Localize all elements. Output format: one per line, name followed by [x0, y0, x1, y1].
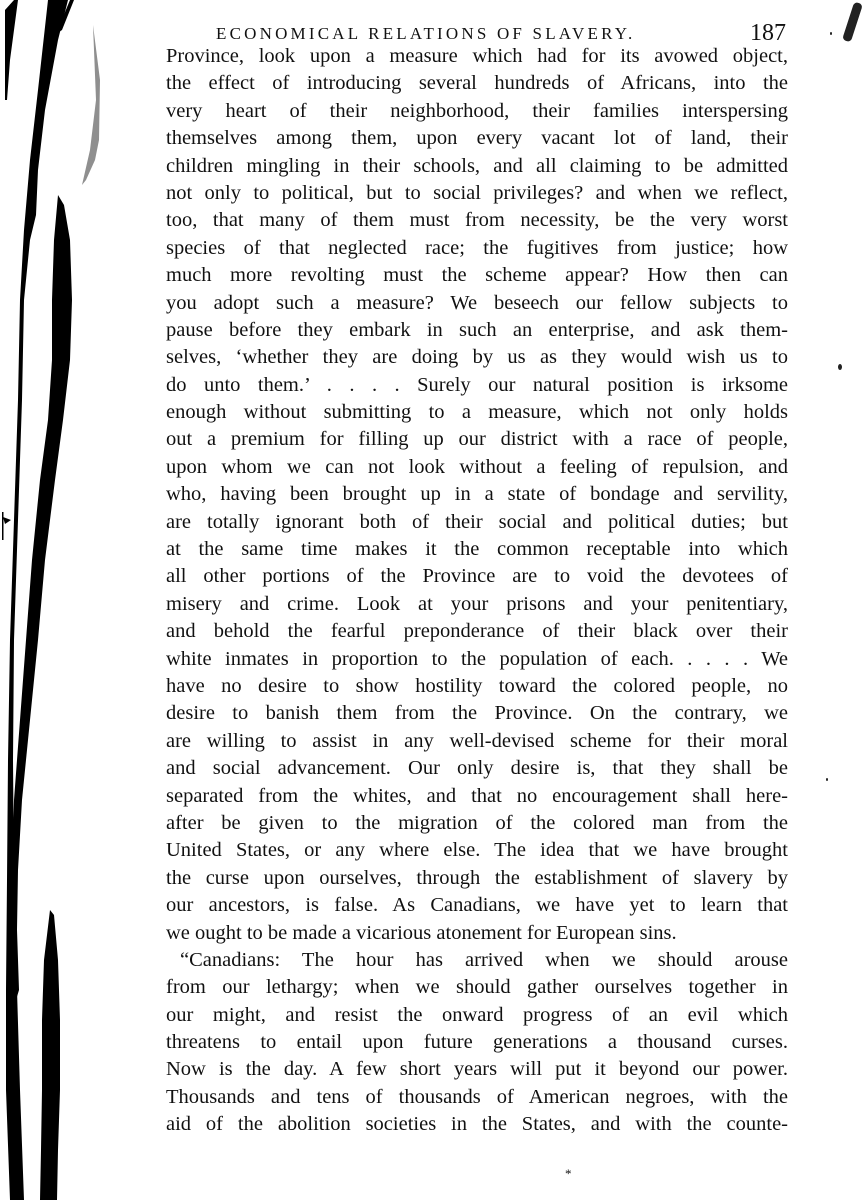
text-line: upon whom we can not look without a feel… — [166, 454, 788, 481]
scan-speck — [830, 32, 832, 35]
text-line: you adopt such a measure? We beseech our… — [166, 290, 788, 317]
text-line: desire to banish them from the Province.… — [166, 700, 788, 727]
text-line: who, having been brought up in a state o… — [166, 481, 788, 508]
text-line: from our lethargy; when we should gather… — [166, 974, 788, 1001]
scan-speck — [826, 778, 828, 781]
text-line: enough without submitting to a measure, … — [166, 399, 788, 426]
text-line: our might, and resist the onward progres… — [166, 1002, 788, 1029]
scan-speck — [838, 364, 842, 370]
text-line: Province, look upon a measure which had … — [166, 43, 788, 70]
text-line: after be given to the migration of the c… — [166, 810, 788, 837]
text-line: Now is the day. A few short years will p… — [166, 1056, 788, 1083]
text-line: United States, or any where else. The id… — [166, 837, 788, 864]
text-line: selves, ‘whether they are doing by us as… — [166, 344, 788, 371]
text-line: and behold the fearful preponderance of … — [166, 618, 788, 645]
text-line-paragraph-start: “Canadians: The hour has arrived when we… — [166, 947, 788, 974]
text-line: misery and crime. Look at your prisons a… — [166, 591, 788, 618]
text-line: the curse upon ourselves, through the es… — [166, 865, 788, 892]
text-line: out a premium for filling up our distric… — [166, 426, 788, 453]
text-line: the effect of introducing several hundre… — [166, 70, 788, 97]
body-text: Province, look upon a measure which had … — [166, 43, 788, 1139]
text-line: species of that neglected race; the fugi… — [166, 235, 788, 262]
text-line: at the same time makes it the common rec… — [166, 536, 788, 563]
text-line: all other portions of the Province are t… — [166, 563, 788, 590]
text-line: Thousands and tens of thousands of Ameri… — [166, 1084, 788, 1111]
text-line: are willing to assist in any well-devise… — [166, 728, 788, 755]
text-line: aid of the abolition societies in the St… — [166, 1111, 788, 1138]
binding-shadow — [0, 0, 170, 1200]
text-line: too, that many of them must from necessi… — [166, 207, 788, 234]
text-line: are totally ignorant both of their socia… — [166, 509, 788, 536]
text-line: themselves among them, upon every vacant… — [166, 125, 788, 152]
running-title: ECONOMICAL RELATIONS OF SLAVERY. — [216, 24, 635, 44]
text-line: children mingling in their schools, and … — [166, 153, 788, 180]
text-line: have no desire to show hostility toward … — [166, 673, 788, 700]
text-line: not only to political, but to social pri… — [166, 180, 788, 207]
signature-mark: * — [565, 1166, 572, 1182]
text-line: separated from the whites, and that no e… — [166, 783, 788, 810]
text-line: our ancestors, is false. As Canadians, w… — [166, 892, 788, 919]
text-line: we ought to be made a vicarious atonemen… — [166, 920, 788, 947]
text-line: much more revolting must the scheme appe… — [166, 262, 788, 289]
scan-speck — [842, 2, 863, 43]
text-line: pause before they embark in such an ente… — [166, 317, 788, 344]
text-line: very heart of their neighborhood, their … — [166, 98, 788, 125]
text-line: do unto them.’ . . . . Surely our natura… — [166, 372, 788, 399]
text-line: threatens to entail upon future generati… — [166, 1029, 788, 1056]
text-line: and social advancement. Our only desire … — [166, 755, 788, 782]
text-line: white inmates in proportion to the popul… — [166, 646, 788, 673]
